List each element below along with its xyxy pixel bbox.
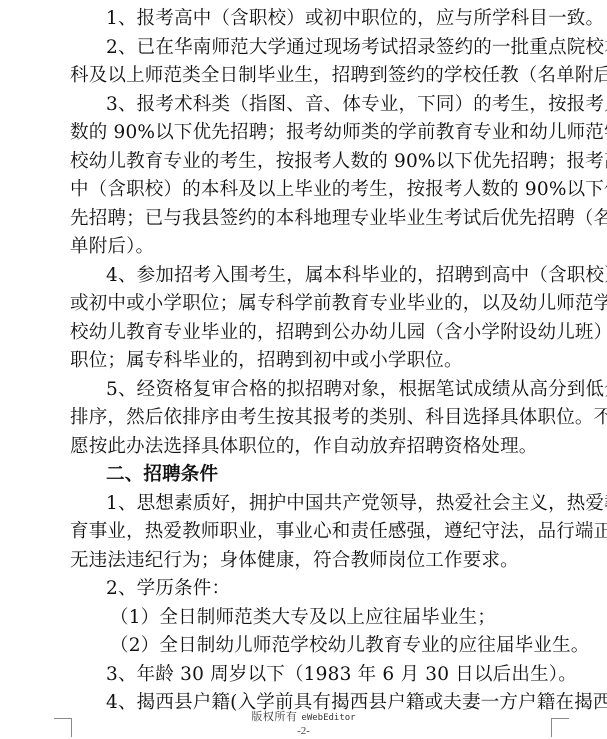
text-line: 1、思想素质好，拥护中国共产党领导，热爱社会主义，热爱教 bbox=[106, 489, 607, 518]
watermark-brand: eWebEditor bbox=[301, 713, 355, 723]
text-line: 2、学历条件： bbox=[106, 574, 230, 603]
text-line: 5、经资格复审合格的拟招聘对象，根据笔试成绩从高分到低分 bbox=[106, 375, 607, 404]
text-line: 3、年龄 30 周岁以下（1983 年 6 月 30 日以后出生）。 bbox=[106, 660, 577, 689]
text-line: 无违法违纪行为；身体健康，符合教师岗位工作要求。 bbox=[70, 546, 519, 575]
text-line: 1、报考高中（含职校）或初中职位的，应与所学科目一致。 bbox=[106, 4, 604, 33]
watermark-text: 版权所有 bbox=[251, 710, 297, 723]
footer-watermark: 版权所有eWebEditor bbox=[0, 709, 607, 725]
text-line: 4、参加招考入围考生，属本科毕业的，招聘到高中（含职校） bbox=[106, 261, 607, 290]
text-line: 育事业，热爱教师职业，事业心和责任感强，遵纪守法，品行端正， bbox=[70, 517, 607, 546]
text-line: 职位；属专科毕业的，招聘到初中或小学职位。 bbox=[70, 346, 463, 375]
text-line: 愿按此办法选择具体职位的，作自动放弃招聘资格处理。 bbox=[70, 432, 538, 461]
text-line: 或初中或小学职位；属专科学前教育专业毕业的，以及幼儿师范学 bbox=[70, 289, 607, 318]
text-line: 校幼儿教育专业毕业的，招聘到公办幼儿园（含小学附设幼儿班） bbox=[70, 318, 607, 347]
text-line: 3、报考术科类（指图、音、体专业，下同）的考生，按报考人 bbox=[106, 90, 607, 119]
text-line: 排序，然后依排序由考生按其报考的类别、科目选择具体职位。不 bbox=[70, 403, 607, 432]
text-line: 先招聘；已与我县签约的本科地理专业毕业生考试后优先招聘（名 bbox=[70, 204, 607, 233]
text-line: 2、已在华南师范大学通过现场考试招录签约的一批重点院校本 bbox=[106, 33, 607, 62]
text-line: 单附后）。 bbox=[70, 232, 154, 261]
text-line: 科及以上师范类全日制毕业生，招聘到签约的学校任教（名单附后）。 bbox=[70, 61, 607, 90]
text-line: 校幼儿教育专业的考生，按报考人数的 90%以下优先招聘；报考高 bbox=[70, 147, 607, 176]
page-number: -2- bbox=[0, 725, 607, 737]
text-line: 数的 90%以下优先招聘；报考幼师类的学前教育专业和幼儿师范学 bbox=[70, 118, 607, 147]
text-line: 中（含职校）的本科及以上毕业的考生，按报考人数的 90%以下优 bbox=[70, 175, 607, 204]
text-line: （2）全日制幼儿师范学校幼儿教育专业的应往届毕业生。 bbox=[110, 631, 589, 660]
text-line: （1）全日制师范类大专及以上应往届毕业生； bbox=[110, 603, 496, 632]
document-page: 1、报考高中（含职校）或初中职位的，应与所学科目一致。 2、已在华南师范大学通过… bbox=[0, 0, 607, 739]
section-heading: 二、招聘条件 bbox=[106, 460, 218, 489]
